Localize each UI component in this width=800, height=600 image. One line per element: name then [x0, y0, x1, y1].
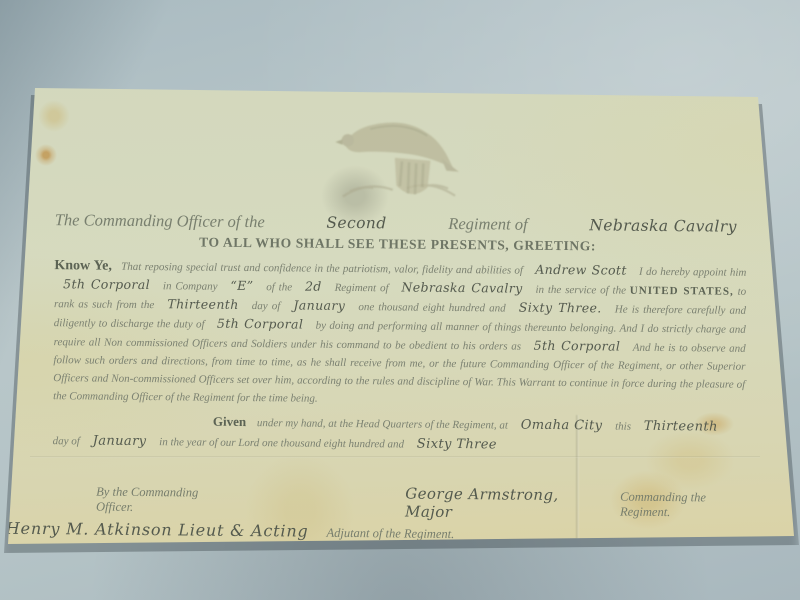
body-printed-2b: in Company [163, 280, 218, 293]
given-printed-4: in the year of our Lord one thousand eig… [159, 436, 404, 450]
regiment-handwritten: Nebraska Cavalry [392, 279, 531, 295]
body-printed-3c: day of [252, 300, 281, 312]
regiment-no-handwritten: 2d [296, 278, 331, 293]
regiment-name-handwritten: Nebraska Cavalry [583, 216, 743, 236]
warrant-body-paragraph: Know Ye, That reposing special trust and… [53, 256, 746, 412]
united-states-label: UNITED STATES, [630, 285, 734, 298]
day-handwritten-2: Thirteenth [634, 419, 728, 435]
document-content: The Commanding Officer of the Second Reg… [34, 96, 760, 545]
body-printed-1: That reposing special trust and confiden… [121, 261, 523, 277]
month-handwritten-2: January [83, 433, 157, 449]
regiment-number-handwritten: Second [320, 214, 392, 233]
body-printed-3a: in the service of the [535, 284, 626, 297]
day-handwritten-1: Thirteenth [158, 296, 247, 312]
commander-signature: George Armstrong, Major [405, 485, 606, 523]
photo: { "colors": { "backdrop": "#b5c3c7", "pa… [0, 0, 800, 600]
signature-row-commander: By the Commanding Officer. George Armstr… [34, 481, 756, 524]
body-printed-2c: of the [266, 281, 292, 293]
header-line: The Commanding Officer of the Second Reg… [37, 210, 759, 237]
appointee-name-handwritten: Andrew Scott [526, 262, 636, 278]
month-handwritten-1: January [284, 297, 354, 313]
year-handwritten-1: Sixty Three. [510, 300, 611, 316]
header-printed-1: The Commanding Officer of the [55, 210, 265, 232]
rank-handwritten-1: 5th Corporal [54, 276, 159, 292]
given-paragraph: Given under my hand, at the Head Quarter… [53, 410, 745, 458]
commander-title: Commanding the Regiment. [620, 490, 756, 521]
given-printed-1: under my hand, at the Head Quarters of t… [257, 417, 508, 431]
body-printed-2d: Regiment of [335, 282, 389, 295]
given-printed-3: day of [53, 435, 80, 447]
given-label: Given [213, 414, 254, 429]
company-handwritten: “E” [221, 278, 262, 293]
header-printed-2: Regiment of [448, 214, 527, 235]
know-ye-label: Know Ye, [54, 258, 118, 274]
rank-handwritten-2: 5th Corporal [208, 316, 313, 332]
adjutant-signature: Henry M. Atkinson Lieut & Acting [6, 519, 309, 541]
year-handwritten-2: Sixty Three [407, 437, 507, 453]
greeting-line: TO ALL WHO SHALL SEE THESE PRESENTS, GRE… [37, 233, 759, 256]
document-paper: The Commanding Officer of the Second Reg… [0, 0, 800, 600]
adjutant-title: Adjutant of the Regiment. [326, 526, 454, 542]
rank-handwritten-3: 5th Corporal [525, 338, 630, 354]
body-printed-2a: I do hereby appoint him [639, 266, 746, 279]
given-printed-2: this [615, 421, 631, 433]
eagle-engraving-icon [314, 111, 483, 211]
by-commanding-officer-label: By the Commanding Officer. [96, 485, 235, 516]
place-handwritten: Omaha City [511, 418, 613, 434]
body-printed-3d: one thousand eight hundred and [358, 301, 505, 314]
